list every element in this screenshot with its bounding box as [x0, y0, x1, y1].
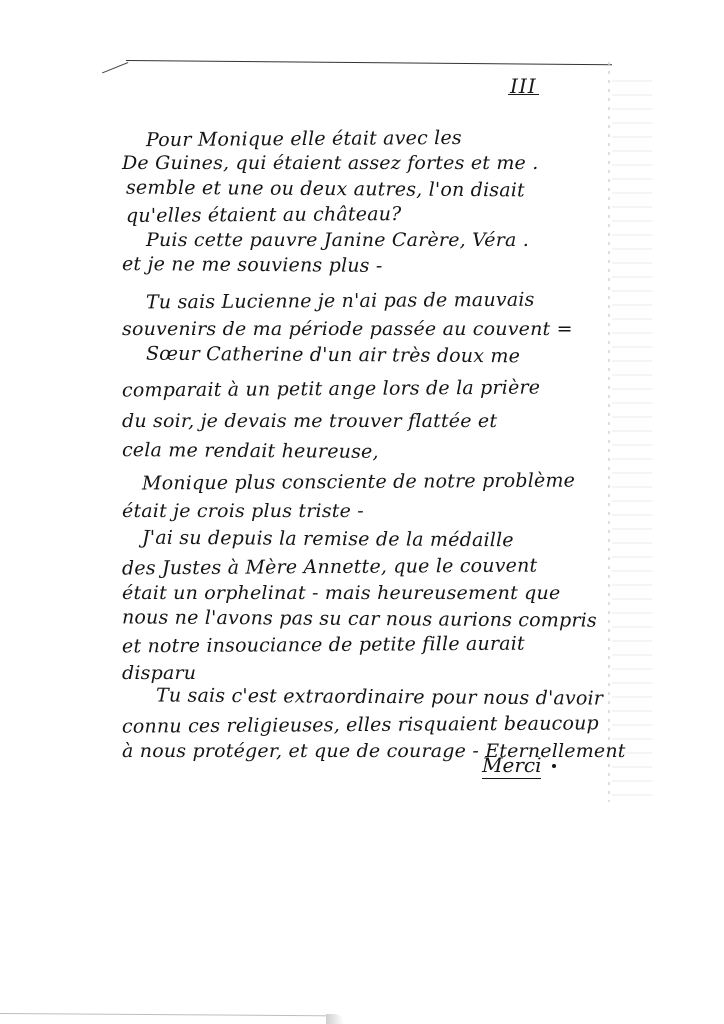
signature-period	[552, 764, 556, 768]
handwritten-line: disparu	[122, 662, 196, 684]
handwritten-line: cela me rendait heureuse,	[122, 439, 379, 463]
page-bottom-edge	[0, 1013, 336, 1016]
handwritten-line: Tu sais c'est extraordinaire pour nous d…	[156, 684, 603, 709]
page-right-edge-shadow	[608, 62, 610, 802]
page-top-border	[126, 60, 612, 65]
page-top-border-tick	[102, 62, 128, 73]
handwritten-line: et notre insouciance de petite fille aur…	[122, 633, 525, 658]
handwritten-line: des Justes à Mère Annette, que le couven…	[122, 555, 538, 580]
signature-merci: Merci	[482, 754, 541, 779]
scanned-letter-page: III Pour Monique elle était avec lesDe G…	[0, 0, 724, 1024]
handwritten-line: souvenirs de ma période passée au couven…	[122, 318, 573, 340]
handwritten-line: De Guines, qui étaient assez fortes et m…	[122, 152, 538, 174]
handwritten-line: était je crois plus triste -	[122, 500, 364, 522]
handwritten-line: Puis cette pauvre Janine Carère, Véra .	[146, 229, 529, 251]
handwritten-line: qu'elles étaient au château?	[126, 203, 402, 227]
handwritten-line: Monique plus consciente de notre problèm…	[142, 469, 575, 494]
handwritten-line: Tu sais Lucienne je n'ai pas de mauvais	[146, 289, 535, 314]
handwritten-line: et je ne me souviens plus -	[122, 253, 383, 277]
handwritten-line: à nous protéger, et que de courage - Ete…	[122, 740, 626, 762]
handwritten-line: semble et une ou deux autres, l'on disai…	[126, 177, 525, 202]
page-number: III	[508, 78, 539, 95]
handwritten-line: connu ces religieuses, elles risquaient …	[122, 712, 599, 737]
scan-noise	[612, 80, 652, 800]
handwritten-line: Sœur Catherine d'un air très doux me	[146, 343, 520, 368]
handwritten-line: comparait à un petit ange lors de la pri…	[122, 377, 540, 402]
handwritten-line: du soir, je devais me trouver flattée et	[122, 410, 497, 432]
handwritten-line: nous ne l'avons pas su car nous aurions …	[122, 606, 597, 631]
page-bottom-curl	[326, 1014, 344, 1024]
handwritten-line: Pour Monique elle était avec les	[146, 127, 462, 151]
handwritten-line: J'ai su depuis la remise de la médaille	[142, 527, 514, 552]
handwritten-line: était un orphelinat - mais heureusement …	[122, 582, 560, 604]
